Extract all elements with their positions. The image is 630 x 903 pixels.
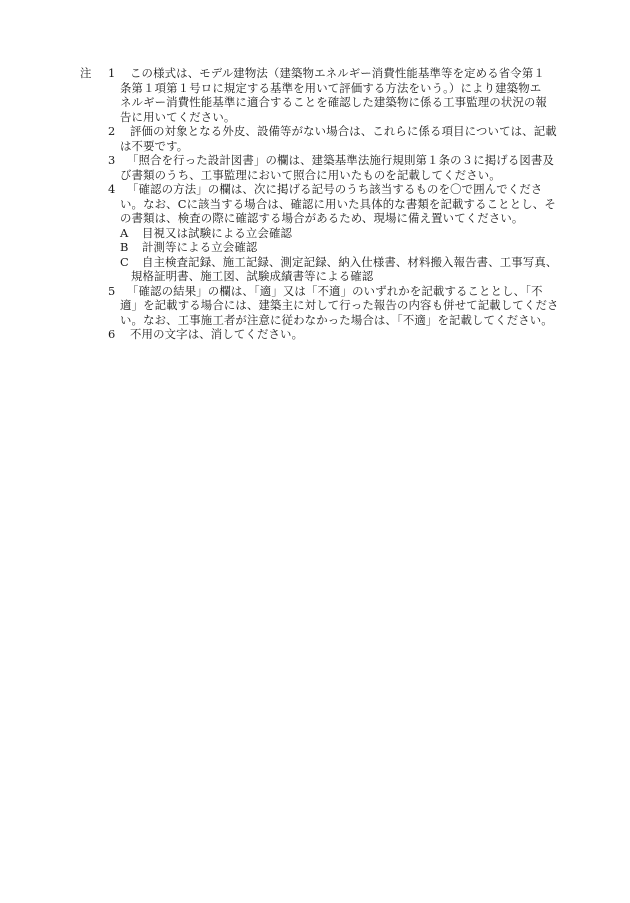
note-4-sub-b-text: 計測等による立会確認: [142, 240, 257, 255]
document-page: 注 1 この様式は、モデル建物法（建築物エネルギー消費性能基準等を定める省令第１…: [0, 0, 630, 903]
note-1-line-2: 条第１項第１号ロに規定する基準を用いて評価する方法をいう。）により建築物エ: [120, 81, 541, 96]
note-number-1: 1: [108, 66, 115, 81]
note-number-4: 4: [108, 182, 115, 197]
note-5-line-1: 「確認の結果」の欄は、「適」又は「不適」のいずれかを記載することとし、「不: [127, 284, 543, 299]
note-3-line-1: 「照合を行った設計図書」の欄は、建築基準法施行規則第１条の３に掲げる図書及: [127, 153, 554, 168]
note-4-line-3: の書類は、検査の際に確認する場合があるため、現場に備え置いてください。: [120, 211, 523, 226]
note-5-line-3: い。なお、工事施工者が注意に従わなかった場合は、「不適」を記載してください。: [120, 313, 553, 328]
note-number-2: 2: [108, 124, 115, 139]
note-1-line-4: 告に用いてください。: [120, 110, 235, 125]
note-4-sub-a-text: 目視又は試験による立会確認: [142, 226, 292, 241]
note-6-line-1: 不用の文字は、消してください。: [130, 327, 303, 342]
note-4-line-1: 「確認の方法」の欄は、次に掲げる記号のうち該当するものを〇で囲んでくださ: [127, 182, 542, 197]
note-4-sub-c-line-2: 規格証明書、施工図、試験成績書等による確認: [131, 269, 373, 284]
note-number-6: 6: [108, 327, 115, 342]
note-4-sub-key-c: C: [120, 255, 129, 270]
note-5-line-2: 適」を記載する場合には、建築主に対して行った報告の内容も併せて記載してくださ: [120, 298, 559, 313]
note-4-sub-c-line-1: 自主検査記録、施工記録、測定記録、納入仕様書、材料搬入報告書、工事写真、: [142, 255, 557, 270]
note-number-3: 3: [108, 153, 115, 168]
note-2-line-2: は不要です。: [120, 139, 188, 154]
note-2-line-1: 評価の対象となる外皮、設備等がない場合は、これらに係る項目については、記載: [130, 124, 557, 139]
note-number-5: 5: [108, 284, 115, 299]
notes-heading: 注: [80, 66, 91, 81]
note-1-line-1: この様式は、モデル建物法（建築物エネルギー消費性能基準等を定める省令第１: [130, 66, 545, 81]
note-3-line-2: び書類のうち、工事監理において照合に用いたものを記載してください。: [120, 168, 501, 183]
note-1-line-3: ネルギー消費性能基準に適合することを確認した建築物に係る工事監理の状況の報: [120, 95, 547, 110]
note-4-sub-key-b: B: [120, 240, 128, 255]
note-4-line-2: い。なお、Cに該当する場合は、確認に用いた具体的な書類を記載することとし、そ: [120, 197, 556, 212]
note-4-sub-key-a: A: [120, 226, 128, 241]
